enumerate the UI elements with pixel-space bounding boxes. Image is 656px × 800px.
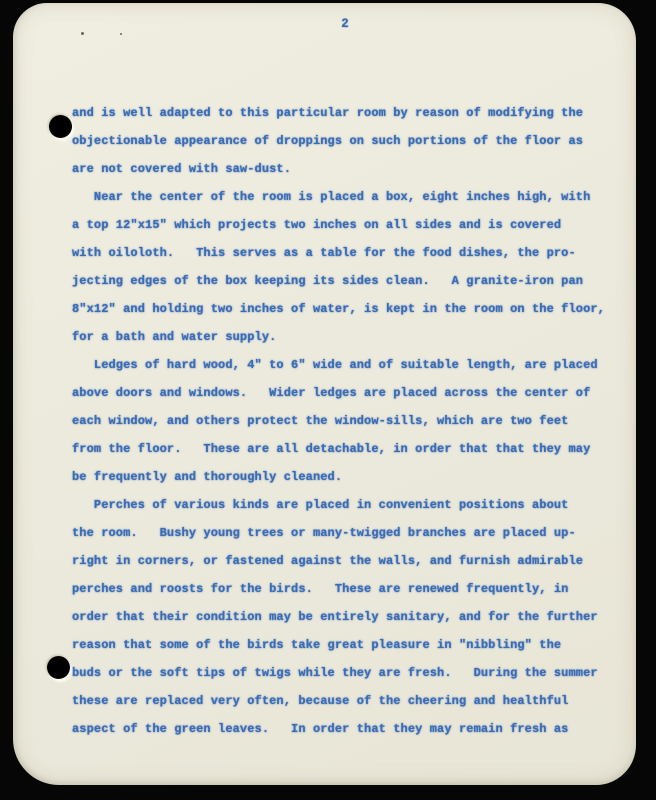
- text-line: a top 12"x15" which projects two inches …: [72, 211, 632, 239]
- text-line: objectionable appearance of droppings on…: [72, 127, 632, 155]
- document-text: and is well adapted to this particular r…: [72, 99, 632, 743]
- text-line: be frequently and thoroughly cleaned.: [72, 463, 632, 491]
- text-line: 8"x12" and holding two inches of water, …: [72, 295, 632, 323]
- scan-background: 2 and is well adapted to this particular…: [0, 0, 656, 800]
- text-line: these are replaced very often, because o…: [72, 687, 632, 715]
- text-line: jecting edges of the box keeping its sid…: [72, 267, 632, 295]
- text-line: Near the center of the room is placed a …: [72, 183, 632, 211]
- paper-speck: [120, 33, 122, 35]
- text-line: buds or the soft tips of twigs while the…: [72, 659, 632, 687]
- text-line: aspect of the green leaves. In order tha…: [72, 715, 632, 743]
- punch-hole-bottom: [47, 656, 70, 679]
- paper-speck: [81, 32, 84, 35]
- text-line: for a bath and water supply.: [72, 323, 632, 351]
- document-page: 2 and is well adapted to this particular…: [13, 3, 636, 785]
- text-line: with oiloloth. This serves as a table fo…: [72, 239, 632, 267]
- text-line: reason that some of the birds take great…: [72, 631, 632, 659]
- text-line: right in corners, or fastened against th…: [72, 547, 632, 575]
- page-number: 2: [335, 17, 355, 31]
- text-line: from the floor. These are all detachable…: [72, 435, 632, 463]
- text-line: Perches of various kinds are placed in c…: [72, 491, 632, 519]
- text-line: Ledges of hard wood, 4" to 6" wide and o…: [72, 351, 632, 379]
- text-line: and is well adapted to this particular r…: [72, 99, 632, 127]
- punch-hole-top: [49, 115, 72, 138]
- text-line: above doors and windows. Wider ledges ar…: [72, 379, 632, 407]
- text-line: are not covered with saw-dust.: [72, 155, 632, 183]
- text-line: perches and roosts for the birds. These …: [72, 575, 632, 603]
- text-line: each window, and others protect the wind…: [72, 407, 632, 435]
- text-line: order that their condition may be entire…: [72, 603, 632, 631]
- text-line: the room. Bushy young trees or many-twig…: [72, 519, 632, 547]
